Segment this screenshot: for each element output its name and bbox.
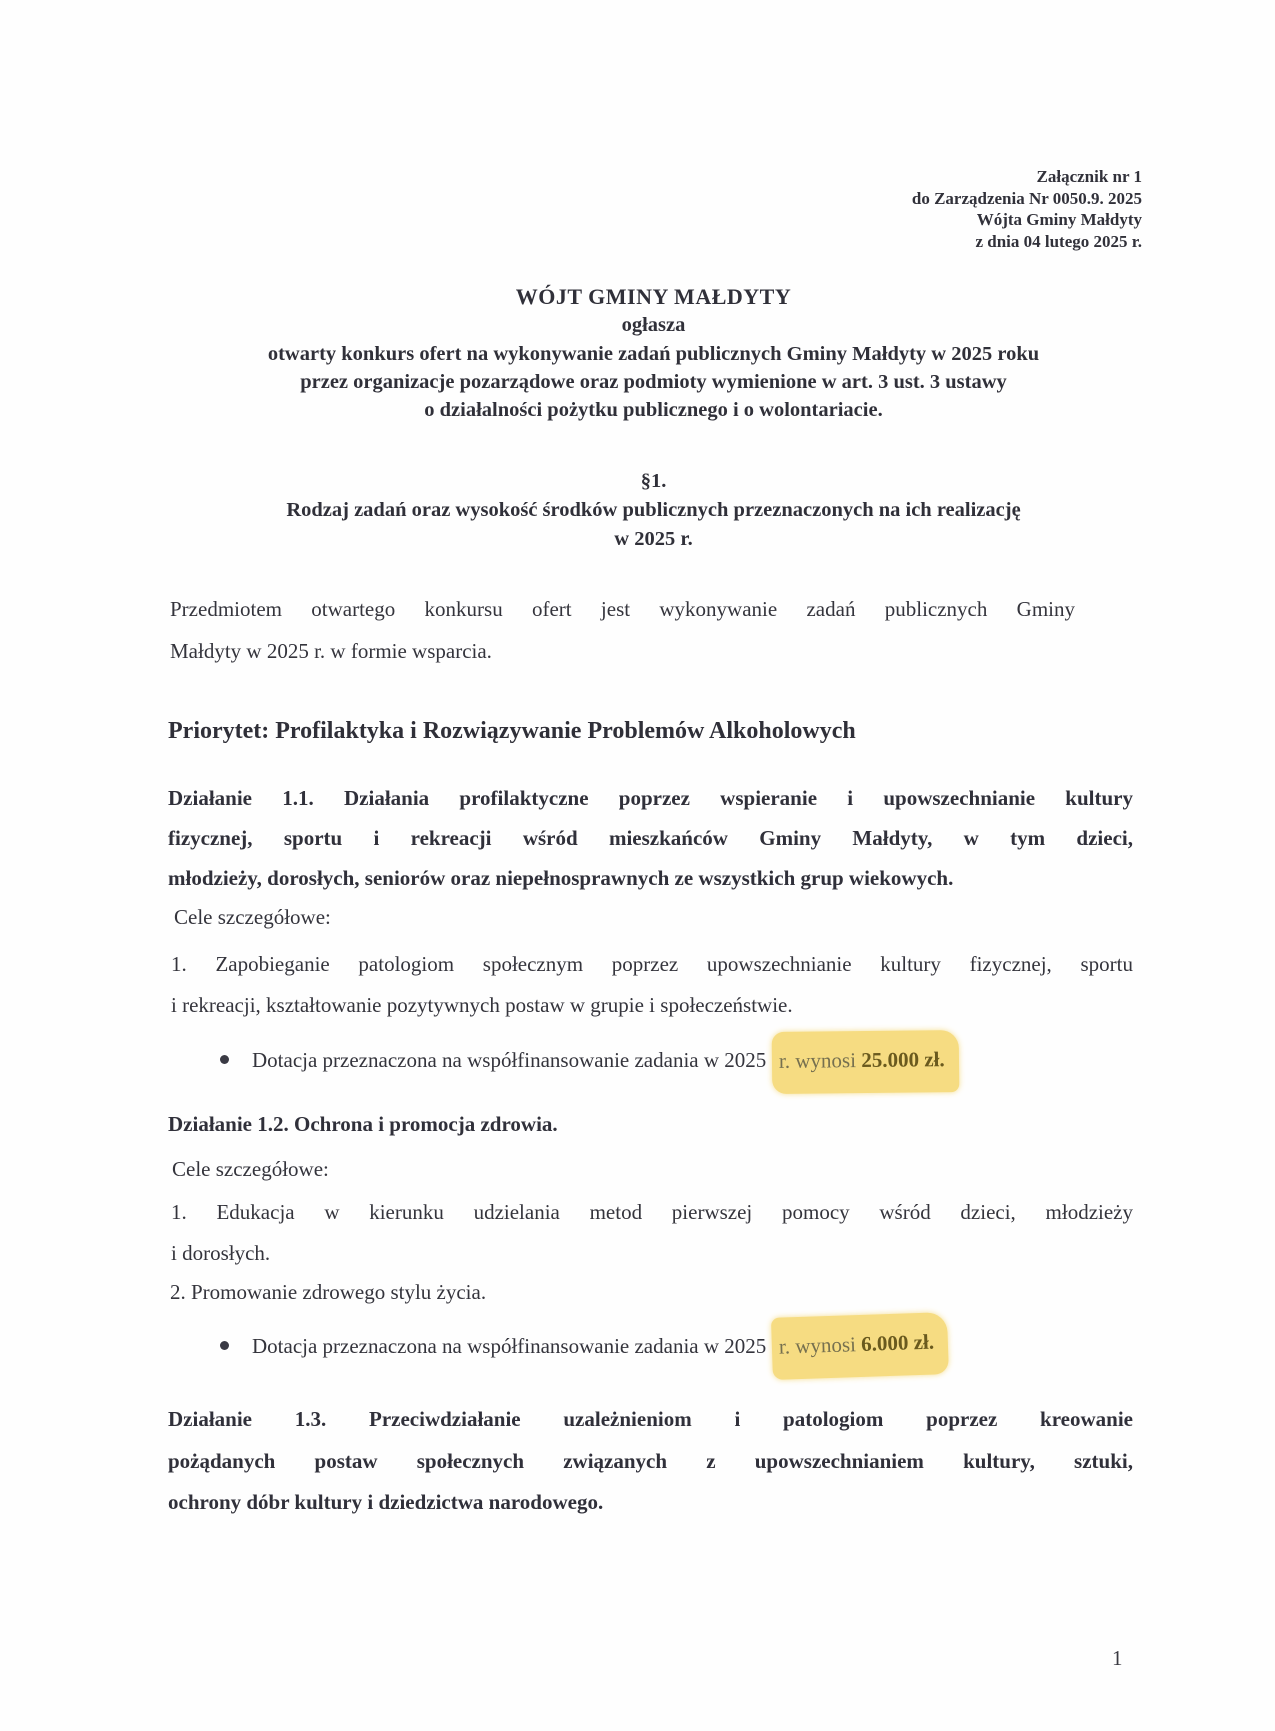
highlight-marker-1: r. wynosi 25.000 zł. bbox=[771, 1030, 958, 1094]
dzialanie-1-3-line: pożądanych postaw społecznych związanych… bbox=[168, 1441, 1133, 1483]
attachment-line: Załącznik nr 1 bbox=[912, 166, 1142, 188]
attachment-line: z dnia 04 lutego 2025 r. bbox=[912, 231, 1142, 253]
dzialanie-1-1-line: fizycznej, sportu i rekreacji wśród mies… bbox=[168, 818, 1133, 858]
page-number: 1 bbox=[1112, 1646, 1123, 1671]
dzialanie-1-3-heading: Działanie 1.3. Przeciwdziałanie uzależni… bbox=[168, 1399, 1133, 1524]
title-line: o działalności pożytku publicznego i o w… bbox=[165, 396, 1142, 424]
cele-label-1: Cele szczegółowe: bbox=[174, 897, 331, 938]
section-heading-line: w 2025 r. bbox=[165, 525, 1142, 554]
title-line: ogłasza bbox=[165, 311, 1142, 339]
goal-1-1-line: 1. Zapobieganie patologiom społecznym po… bbox=[171, 944, 1133, 985]
highlight-marker-2: r. wynosi 6.000 zł. bbox=[770, 1312, 948, 1380]
attachment-line: do Zarządzenia Nr 0050.9. 2025 bbox=[912, 188, 1142, 210]
grant-amount-2: 6.000 zł. bbox=[860, 1330, 934, 1356]
title-line-author: WÓJT GMINY MAŁDYTY bbox=[165, 283, 1142, 311]
intro-paragraph: Przedmiotem otwartego konkursu ofert jes… bbox=[170, 589, 1075, 672]
section-heading-line: Rodzaj zadań oraz wysokość środków publi… bbox=[165, 496, 1142, 525]
bullet-icon bbox=[220, 1055, 229, 1064]
goal-2-2: 2. Promowanie zdrowego stylu życia. bbox=[170, 1272, 486, 1313]
dzialanie-1-3-line: Działanie 1.3. Przeciwdziałanie uzależni… bbox=[168, 1399, 1133, 1441]
section-symbol: §1. bbox=[165, 467, 1142, 496]
priority-heading: Priorytet: Profilaktyka i Rozwiązywanie … bbox=[168, 715, 856, 747]
dzialanie-1-1-heading: Działanie 1.1. Działania profilaktyczne … bbox=[168, 778, 1133, 898]
goal-2-1-line: i dorosłych. bbox=[171, 1233, 1133, 1274]
grant-bullet-1: Dotacja przeznaczona na współfinansowani… bbox=[168, 1031, 1155, 1093]
dzialanie-1-3-line: ochrony dóbr kultury i dziedzictwa narod… bbox=[168, 1482, 1133, 1524]
dzialanie-1-1-line: młodzieży, dorosłych, seniorów oraz niep… bbox=[168, 858, 1133, 898]
attachment-line: Wójta Gminy Małdyty bbox=[912, 209, 1142, 231]
attachment-note: Załącznik nr 1 do Zarządzenia Nr 0050.9.… bbox=[912, 166, 1142, 253]
scanned-document-page: Załącznik nr 1 do Zarządzenia Nr 0050.9.… bbox=[0, 0, 1275, 1731]
bullet-icon bbox=[220, 1341, 229, 1350]
intro-line: Małdyty w 2025 r. w formie wsparcia. bbox=[170, 631, 1075, 673]
dzialanie-1-1-line: Działanie 1.1. Działania profilaktyczne … bbox=[168, 778, 1133, 818]
goal-2-1-line: 1. Edukacja w kierunku udzielania metod … bbox=[171, 1192, 1133, 1233]
goal-1-1: 1. Zapobieganie patologiom społecznym po… bbox=[171, 944, 1133, 1026]
grant-bullet-2: Dotacja przeznaczona na współfinansowani… bbox=[168, 1317, 1155, 1379]
grant-amount-1: 25.000 zł. bbox=[861, 1047, 945, 1072]
dzialanie-1-2-heading: Działanie 1.2. Ochrona i promocja zdrowi… bbox=[168, 1104, 558, 1145]
document-title: WÓJT GMINY MAŁDYTY ogłasza otwarty konku… bbox=[165, 283, 1142, 424]
goal-2-1: 1. Edukacja w kierunku udzielania metod … bbox=[171, 1192, 1133, 1274]
cele-label-2: Cele szczegółowe: bbox=[172, 1149, 329, 1190]
title-line: otwarty konkurs ofert na wykonywanie zad… bbox=[165, 340, 1142, 368]
goal-1-1-line: i rekreacji, kształtowanie pozytywnych p… bbox=[171, 985, 1133, 1026]
section-1-heading: §1. Rodzaj zadań oraz wysokość środków p… bbox=[165, 467, 1142, 554]
grant-bullet-2-text: Dotacja przeznaczona na współfinansowani… bbox=[252, 1334, 772, 1358]
intro-line: Przedmiotem otwartego konkursu ofert jes… bbox=[170, 589, 1075, 631]
title-line: przez organizacje pozarządowe oraz podmi… bbox=[165, 368, 1142, 396]
highlight-1-text: r. wynosi bbox=[778, 1048, 861, 1073]
highlight-2-text: r. wynosi bbox=[778, 1332, 861, 1359]
grant-bullet-1-text: Dotacja przeznaczona na współfinansowani… bbox=[252, 1048, 772, 1072]
